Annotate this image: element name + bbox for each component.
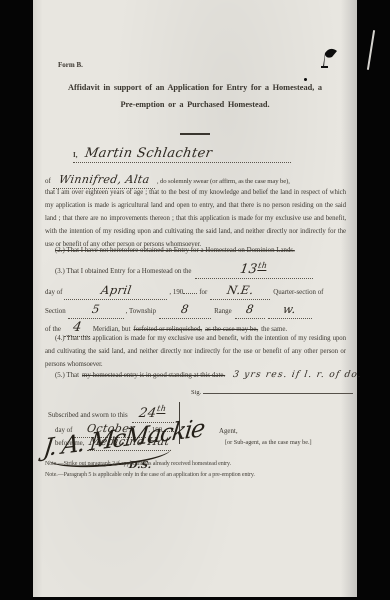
handwritten-affiant-name: Martin Schlachter (84, 147, 213, 160)
handwritten-entry-day: 13 (239, 263, 258, 276)
of-label: of (45, 177, 51, 185)
meridian-label: Meridian, but (93, 326, 131, 333)
paragraph-5-prefix: (5.) That (55, 372, 79, 379)
day-of-label: day of (45, 289, 62, 296)
ink-blot-artifact (316, 42, 340, 68)
entry-month-line: day of April , 190 for N.E. Quarter-sect… (45, 281, 323, 300)
form-number-label: Form B. (58, 61, 83, 69)
section-label: Section (45, 308, 66, 315)
year-printed-label: , 190 (169, 289, 183, 296)
township-blank: 8 (159, 300, 211, 319)
scan-scratch-artifact (367, 30, 375, 70)
range-direction-blank: w. (268, 300, 312, 319)
agent-label: Agent, (219, 428, 238, 435)
handwritten-entry-month: April (100, 285, 132, 297)
struck-case-phrase: as the case may be, (205, 326, 258, 333)
handwritten-paragraph-5-annotation: 3 yrs res. if l. r. of do. (232, 371, 362, 380)
year-digit-blank (183, 293, 197, 294)
paragraph-2-struck: (2.) That I have not heretofore obtained… (55, 247, 295, 254)
range-blank: 8 (235, 300, 265, 319)
affiant-name-line: I, Martin Schlachter (73, 147, 291, 163)
signature-rule (203, 392, 353, 394)
handwritten-range: 8 (245, 304, 255, 316)
oath-text: , do solemnly swear (or affirm, as the c… (157, 178, 290, 185)
paragraph-1: that I am over eighteen years of age ; t… (45, 186, 346, 251)
meridian-prefix-label: of the (45, 326, 61, 333)
struck-forfeited-phrase: forfeited or relinquished, (133, 326, 202, 333)
quarter-section-label: Quarter-section of (273, 289, 323, 296)
document-title-line2: Pre-emption or a Purchased Homestead. (33, 100, 357, 109)
meridian-suffix-label: the same. (261, 326, 287, 333)
i-label: I, (73, 151, 77, 159)
entry-date-line: (3.) That I obtained Entry for a Homeste… (55, 260, 313, 279)
range-label: Range (214, 308, 232, 315)
footnote-paragraph-2: Note.—Strike out paragraph 2 if applican… (45, 461, 231, 467)
ink-dot-artifact (304, 78, 307, 81)
handwritten-range-direction: w. (282, 304, 297, 316)
township-label: , Township (126, 308, 156, 315)
sworn-prefix-label: Subscribed and sworn to this (48, 412, 128, 419)
paragraph-4: (4.) That this application is made for m… (45, 333, 346, 371)
entry-day-blank: 13th (195, 260, 313, 279)
applicant-signature-line: Sig. (191, 389, 353, 396)
handwritten-township: 8 (180, 304, 190, 316)
scanned-page-background: { "colors": { "background": "#050505", "… (0, 0, 390, 600)
handwritten-residence: Winnifred, Alta (58, 174, 150, 185)
entry-month-blank: April (64, 281, 167, 300)
handwritten-entry-day-suffix: th (257, 262, 268, 271)
handwritten-jurat-day-suffix: th (156, 405, 167, 414)
section-township-range-line: Section 5 , Township 8 Range 8 w. (45, 300, 312, 319)
paragraph-5-struck: my homestead entry is in good standing a… (82, 372, 225, 379)
paragraph-3-prefix: (3.) That I obtained Entry for a Homeste… (55, 268, 192, 275)
document-paper: Form B. Affidavit in support of an Appli… (33, 0, 357, 597)
title-divider-rule (180, 133, 210, 135)
paragraph-5-line: (5.) That my homestead entry is in good … (55, 371, 362, 380)
agent-alt-label: [or Sub-agent, as the case may be.] (225, 439, 312, 446)
for-label: for (199, 289, 207, 296)
document-title-line1: Affidavit in support of an Application f… (33, 83, 357, 92)
footnote-paragraph-5: Note.—Paragraph 5 is applicable only in … (45, 472, 255, 478)
sig-label: Sig. (191, 389, 201, 396)
quarter-blank: N.E. (210, 281, 270, 300)
handwritten-quarter: N.E. (226, 285, 254, 297)
section-blank: 5 (68, 300, 124, 319)
handwritten-section: 5 (91, 304, 101, 316)
